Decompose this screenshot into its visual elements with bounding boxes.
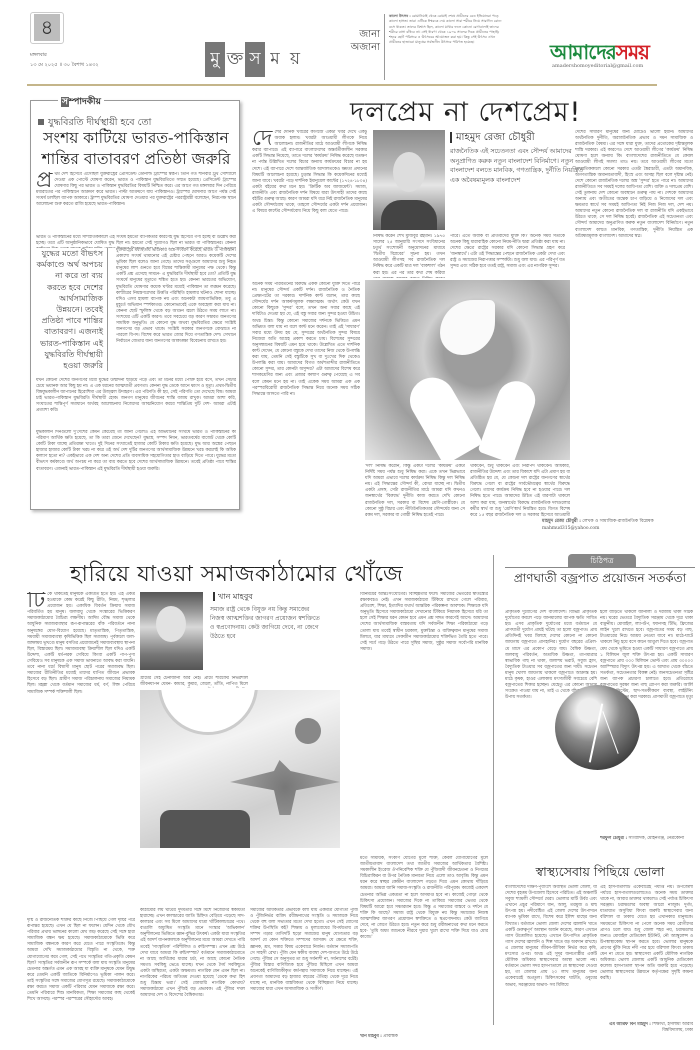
column-divider xyxy=(493,555,494,1025)
logo-part-red: সময় xyxy=(616,40,649,64)
jana-ojana-label: জানা অজানা xyxy=(350,28,380,54)
letter1-author: শরফুল চৌধুরী : xyxy=(600,836,627,841)
author-face xyxy=(156,606,186,642)
ojana-label: অজানা xyxy=(350,41,380,54)
trivia-title: কালো উৎসব : xyxy=(389,14,411,18)
jana-label: জানা xyxy=(350,28,380,41)
author-photo-2 xyxy=(140,592,203,670)
clock-bird-illustration xyxy=(140,690,340,848)
main-pull-quote: রাজনৈতিক এই সচেতনতা এবং সৌন্দর্য আমাদের … xyxy=(450,147,585,185)
main-col-3: পারে। এতে অবাক বা প্রতিবাদের যুক্তি কি? … xyxy=(450,234,565,278)
section-letter: স xyxy=(245,42,265,77)
issue-date: ১৩ মে ২০২৫ ॥ ৩০ বৈশাখ ১৪৩২ xyxy=(30,62,99,70)
letter1-author-role: সাংবাদিক, মোহনগঞ্জ, নেত্রকোনা xyxy=(629,836,684,841)
main-col-3-lower: থাকবেন, শুধু থাকবেন এবং নিরাপদ থাকবেন। অ… xyxy=(470,464,570,518)
second-footer: খান মাহবুব : প্রাবন্ধিক xyxy=(360,1034,488,1042)
trivia-text: রোমানিয়াই থেকে রোমাই শেষে প্রাচীনের রেড… xyxy=(389,14,502,44)
section-letter: ম xyxy=(265,42,285,77)
editorial-kicker-text: যুদ্ধবিরতি দীর্ঘস্থায়ী হবে তো xyxy=(48,117,151,128)
editorial-email[interactable]: amadershomoyeditorial@gmail.com xyxy=(552,63,643,69)
weekday: মঙ্গলবার xyxy=(30,52,47,60)
page-number: ৪ xyxy=(34,14,60,41)
second-col-1b: দৃষ্টি ও রাজনৈতিক শক্তির কাছে নিজে পিছিয… xyxy=(27,918,135,1046)
second-footer-name: খান মাহবুব : xyxy=(360,1034,382,1039)
sun-shape xyxy=(295,718,321,744)
editorial-intro: প্রথম দেশ হিসেবে এসেছিল যুক্তরাষ্ট্রের প… xyxy=(36,172,236,235)
editorial-body-3: যুদ্ধকালীন দিনগুলো দু'দেশের কেমন কেটেছে … xyxy=(36,430,236,502)
author-face xyxy=(393,152,425,192)
author-shirt xyxy=(381,200,437,230)
lightning-bolt-icon xyxy=(589,703,603,762)
section-letter: য় xyxy=(285,42,305,77)
letter1-footer: শরফুল চৌধুরী : সাংবাদিক, মোহনগঞ্জ, নেত্র… xyxy=(600,836,693,850)
dropcap: দে xyxy=(252,130,272,148)
author-byline-2: খান মাহবুব xyxy=(213,591,253,604)
trivia-note: কালো উৎসব : রোমানিয়াই থেকে রোমাই শেষে প… xyxy=(384,14,502,80)
editorial-body-2: যখন কোনো দেশের জনগণের মধ্যে যুদ্ধের উন্ম… xyxy=(36,378,236,428)
hand-right xyxy=(477,376,540,464)
author-name: মাহমুদ রেজা চৌধুরী xyxy=(456,132,535,143)
second-col-3: বিনিময়ের আন্তঃসংযোগের। বিচ্ছিন্নতার ফলে… xyxy=(360,592,488,854)
letter2-col-2: এই হাসপাতালটি একেবারেই পর্যাপ্ত নয়। উপজ… xyxy=(600,885,693,1013)
letter2-col-1: বাংলাদেশের দক্ষিণ-পূর্বাংশে অবস্থিত ভোলা… xyxy=(505,885,597,1045)
main-col-2-lower: 'দল' নিষিদ্ধ করেনি, কিন্তু একটা দলের 'কা… xyxy=(365,464,465,518)
letter1-headline: প্রাণঘাতী বজ্রপাত প্রয়োজন সতর্কতা xyxy=(505,570,695,587)
hand-left xyxy=(402,369,483,465)
footer-author-name: মাহমুদ রেজা চৌধুরী : xyxy=(542,519,581,524)
header-rule xyxy=(27,84,657,86)
editorial-label-tag: স xyxy=(61,97,69,107)
editorial-label-text: ম্পাদকীয় xyxy=(69,97,101,107)
editorial-body-1a: ভারত ও পাকিস্তানের মধ্যে সাম্প্রতিককালে … xyxy=(36,235,236,248)
author-photo xyxy=(373,130,445,230)
letter2-headline: স্বাস্থ্যসেবায় পিছিয়ে ভোলা xyxy=(505,864,695,884)
editorial-headline: সংশয় কাটিয়ে ভারত-পাকিস্তান শান্তির বাত… xyxy=(36,128,236,170)
section-letter: মু xyxy=(205,42,225,77)
clock-icon xyxy=(158,690,258,735)
second-pull-quote: সমাজ রাষ্ট্র থেকে বিযুক্ত নয় কিন্তু সমা… xyxy=(210,605,320,641)
main-col-4: দেশের সাধারণ মানুষের জন্য মোটেও ভালো হয়… xyxy=(575,130,693,518)
square-bullet-icon xyxy=(38,119,44,125)
letter2-footer: এম আরিফ বিন মাহমুদ : শিক্ষার্থী, ইসলামী … xyxy=(600,1022,693,1036)
editorial-label: সম্পাদকীয় xyxy=(58,94,104,109)
footer-author-email[interactable]: mahmud315@yahoo.com xyxy=(542,526,599,531)
editorial-body-1b: যুক্তরাষ্ট্রের মধ্যস্থতায় ভাশুকার অস্ত্… xyxy=(116,248,236,378)
second-col-3-lower: সমাজের অধিকর্তার প্রভাবকে বলা যায় একমাত… xyxy=(250,908,358,1036)
lightning-bolt-icon xyxy=(602,711,618,754)
main-author-footer: মাহমুদ রেজা চৌধুরী : লেখক ও সামাজিক-রাজন… xyxy=(542,519,692,532)
lightning-photo xyxy=(555,685,640,770)
byline-bar xyxy=(213,592,215,601)
logo-part-green: আমাদের xyxy=(550,40,616,64)
second-headline: হারিয়ে যাওয়া সমাজকাঠামোর খোঁজে xyxy=(70,557,403,594)
byline-bar xyxy=(450,132,452,143)
main-col-2: নিষিদ্ধ করেন শেখ মুজিবুর রহমান। ১৯৭৫ সাল… xyxy=(373,234,445,278)
author-byline: মাহমুদ রেজা চৌধুরী xyxy=(450,130,535,147)
peace-dove-illustration xyxy=(365,280,570,460)
footer-author-role: লেখক ও সামাজিক-রাজনৈতিক বিশ্লেষক xyxy=(582,519,653,524)
second-col-1: টিকে থাকতেই মানুষকে একত্রিত হতে হয়। এই … xyxy=(27,592,135,917)
bird-icon xyxy=(230,760,340,815)
letters-rule xyxy=(505,567,695,568)
main-col-1-lower: অনেক সময় পরিবর্তনের বিরুদ্ধে একক কোনো য… xyxy=(252,282,360,518)
section-title-mukto-somoy: মু ক্ত স ম য় xyxy=(205,42,305,77)
main-col-1: দেশের দৈনিক খবরের কাগজে একটা খবর দেখে এক… xyxy=(252,130,367,280)
second-footer-role: প্রাবন্ধিক xyxy=(383,1034,397,1039)
letter2-author-role: শিক্ষার্থী, ইসলামী আরবি বিশ্ববিদ্যালয়, … xyxy=(652,1022,693,1033)
letters-section-tab: চিঠিপত্র xyxy=(568,554,636,567)
dropcap: প্র xyxy=(36,172,52,190)
second-col-2: গ্রামের সেই চেনাজানা আর নেই। প্রামে শরিফ… xyxy=(140,676,248,688)
author-name-2: খান মাহবুব xyxy=(218,592,253,601)
second-col-2-lower: কাঠামোর লয় ঘটিয়ে দুর্দমতার সঙ্গে মিশে … xyxy=(140,908,245,1046)
stone-shape xyxy=(160,810,250,848)
editorial-pull-quote: যুদ্ধের মতো বীভৎস কর্মকাণ্ডে অর্থ অপচয় … xyxy=(36,248,108,371)
section-letter: ক্ত xyxy=(225,42,245,77)
second-col-4-lower: মতে সাময়িক, সংকীর্ণ যোগের মূলে শক্তি, ক… xyxy=(360,856,488,1031)
editorial-intro-text: থম দেশ হিসেবে এসেছিল যুক্তরাষ্ট্রের প্রে… xyxy=(36,172,236,207)
dove-icon xyxy=(440,300,495,355)
letter2-author: এম আরিফ বিন মাহমুদ : xyxy=(609,1022,651,1027)
dropcap: টি xyxy=(27,592,45,610)
